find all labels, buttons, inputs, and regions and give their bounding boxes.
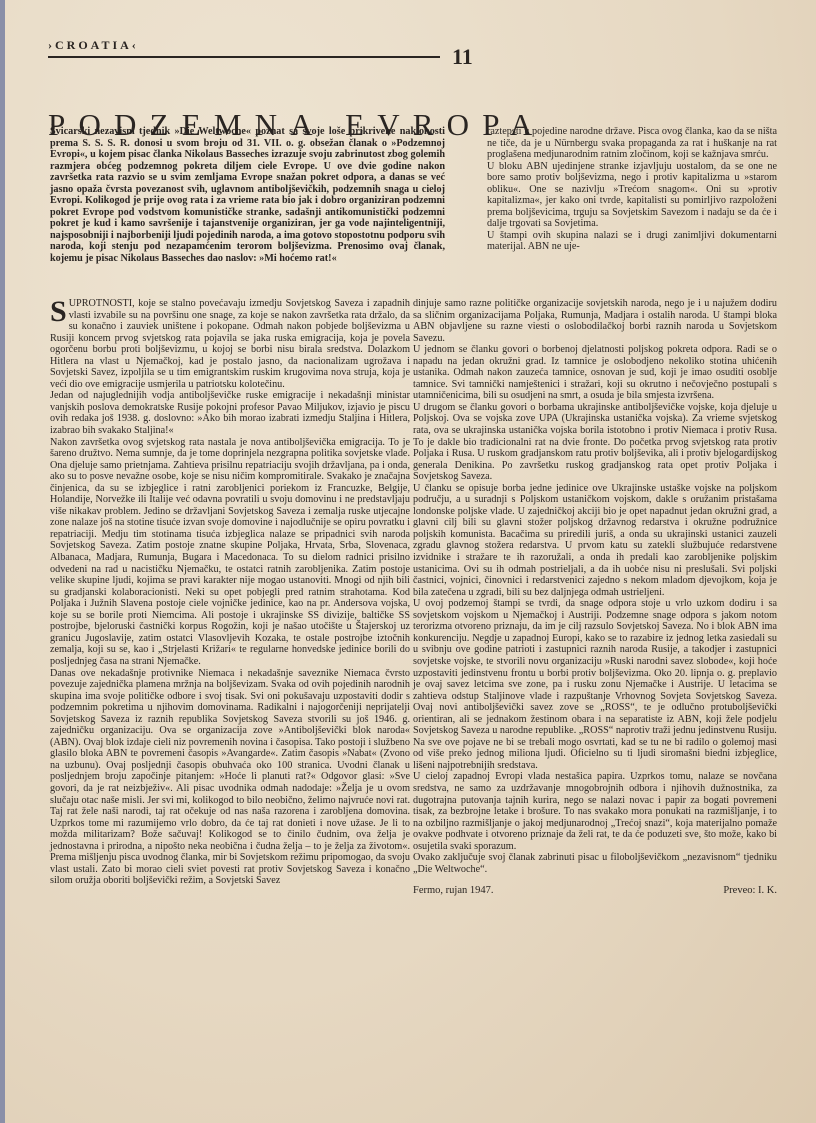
drop-cap: S xyxy=(50,300,67,324)
paragraph: U članku se opisuje borba jedne jedinice… xyxy=(413,483,777,598)
paragraph: U ovoj podzemoj štampi se tvrdi, da snag… xyxy=(413,598,777,737)
newspaper-page: ›CROATIA‹ 11 PODZEMNA EVROPA Švicarski n… xyxy=(0,0,816,1123)
signoff: Fermo, rujan 1947. Preveo: I. K. xyxy=(413,885,777,897)
paragraph: Na sve ove pojave ne bi se trebali mogo … xyxy=(413,737,777,772)
paragraph: U bloku ABN ujedinjene stranke izjavljuj… xyxy=(487,161,777,230)
masthead: ›CROATIA‹ xyxy=(48,38,139,52)
place-date: Fermo, rujan 1947. xyxy=(413,885,494,897)
paragraph: Ovako zaključuje svoj članak zabrinuti p… xyxy=(413,852,777,875)
translator-credit: Preveo: I. K. xyxy=(723,885,777,897)
paragraph: U cieloj zapadnoj Evropi vlada nestašica… xyxy=(413,771,777,852)
page-header: ›CROATIA‹ xyxy=(48,36,438,54)
paragraph: U štampi ovih skupina nalazi se i drugi … xyxy=(487,230,777,253)
paragraph: SUPROTNOSTI, koje se stalno povećavaju i… xyxy=(50,298,410,390)
page-number: 11 xyxy=(452,44,473,70)
paragraph: Nakon završetka ovog svjetskog rata nast… xyxy=(50,437,410,668)
page-edge xyxy=(0,0,5,1123)
paragraph: dinjuje samo razne političke organizacij… xyxy=(413,298,777,344)
paragraph: raztepsti u pojedine narodne države. Pis… xyxy=(487,126,777,161)
left-column: SUPROTNOSTI, koje se stalno povećavaju i… xyxy=(50,298,410,887)
header-rule xyxy=(48,56,440,58)
right-column: dinjuje samo razne političke organizacij… xyxy=(413,298,777,897)
article-intro: Švicarski nezavisni tjednik »Die Weltwoc… xyxy=(50,126,445,265)
paragraph: U jednom se članku govori o borbenoj dje… xyxy=(413,344,777,402)
paragraph: Danas ove nekadašnje protivnike Niemaca … xyxy=(50,668,410,887)
paragraph: Jedan od najuglednijih vodja antiboljšev… xyxy=(50,390,410,436)
paragraph: U drugom se članku govori o borbama ukra… xyxy=(413,402,777,483)
right-column-top: raztepsti u pojedine narodne države. Pis… xyxy=(487,126,777,253)
